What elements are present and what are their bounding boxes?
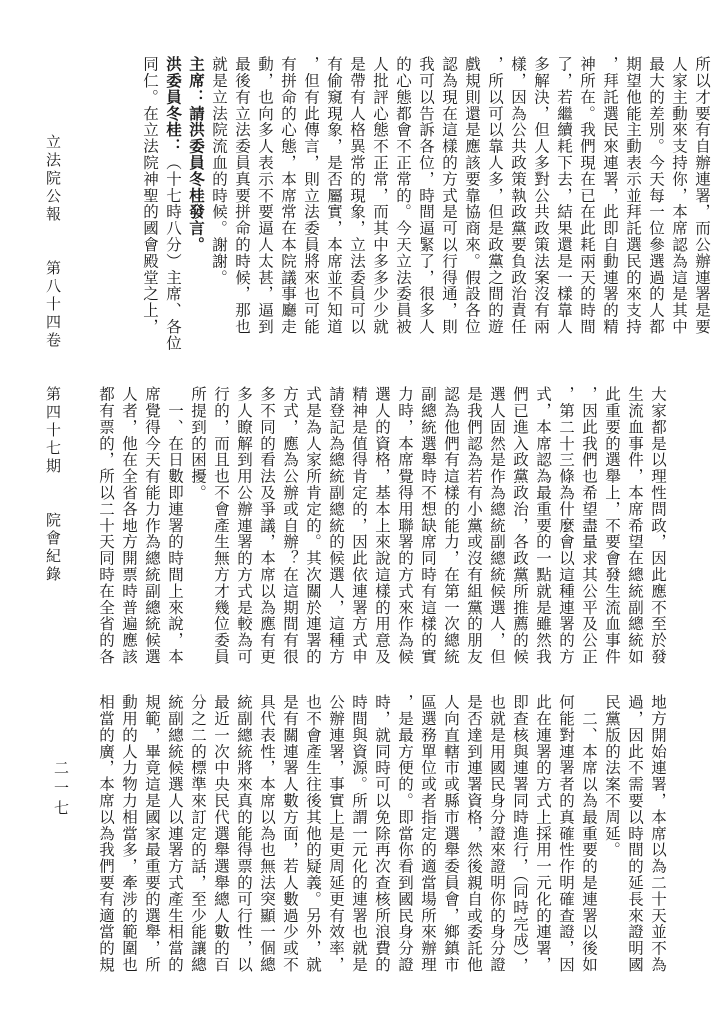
text-column: 一、在日數即連署的時間上來說，本 xyxy=(163,386,186,668)
text-column: 請登記為總統副總統的候選人，這種方 xyxy=(324,386,347,668)
text-column: 動，也向多人表示不要逼人太甚，逼到 xyxy=(253,56,276,354)
text-column: 有偷窺現象，是否屬實，本席並不知道 xyxy=(322,56,345,354)
gazette-page: 所以才要有自辦連署，而公辦連署是要人家主動來支持你，本席認為這是其中最大的差別。… xyxy=(0,0,726,1024)
text-column: 人家主動來支持你，本席認為這是其中 xyxy=(667,56,690,354)
text-column: 人批評心態不正常，而其中多多少少就 xyxy=(368,56,391,354)
text-column: 此重要的選舉上，不要會發生流血事件 xyxy=(600,386,623,668)
spine-title: 立法院公報 第八十四卷 第四十七期 院會紀錄 xyxy=(42,134,63,584)
band-3: 地方開始連署，本席以為二十天並不為過，因此不需要以時間的延長來證明國民黨版的法案… xyxy=(94,694,669,976)
text-column: 精神是值得肯定的，因此依連署方式申 xyxy=(347,386,370,668)
text-column: 多不同的看法及爭議，本席以為應有更 xyxy=(255,386,278,668)
text-column: 動用的人力物力相當多，牽涉的範圍也 xyxy=(117,694,140,976)
text-column: 樣，因為公共政策執政黨要負政治責任 xyxy=(506,56,529,354)
text-column: ，所以可以靠人多，但是政黨之間的遊 xyxy=(483,56,506,354)
text-column: 副總統選舉時不想缺席同時有這樣的實 xyxy=(416,386,439,668)
text-column: 席覺得今天有能力作為總統副總統候選 xyxy=(140,386,163,668)
text-column: 主席：請洪委員冬桂發言。 xyxy=(184,56,207,354)
text-column: 何能對連署者的真確性作明確查證，因 xyxy=(554,694,577,976)
text-column: 具代表性，本席以為也無法突顯一個總 xyxy=(255,694,278,976)
text-column: 所以才要有自辦連署，而公辦連署是要 xyxy=(690,56,713,354)
text-column: 力時，本席覺得用聯署的方式來作為候 xyxy=(393,386,416,668)
band-1: 所以才要有自辦連署，而公辦連署是要人家主動來支持你，本席認為這是其中最大的差別。… xyxy=(138,56,713,354)
text-column: 了，若繼續耗下去，結果還是一樣靠人 xyxy=(552,56,575,354)
text-column: 式，本席認為最重要的一點就是雖然我 xyxy=(531,386,554,668)
text-column: 是否達到連署資格，然後親自或委託他 xyxy=(462,694,485,976)
text-column: 戲規則還是應該要靠協商來。假設各位 xyxy=(460,56,483,354)
text-column: 統副總統候選人以連署方式產生相當的 xyxy=(163,694,186,976)
text-column: 選人固然是作為總統副總統候選人，但 xyxy=(485,386,508,668)
text-column: 時，就同時可以免除再次查核所浪費的 xyxy=(370,694,393,976)
text-column: 生流血事件，本席希望在總統副總統如 xyxy=(623,386,646,668)
text-column: 是有關連署人數方面，若人數過少或不 xyxy=(278,694,301,976)
text-column: 有拼命的心態，本席常在本院議事廳走 xyxy=(276,56,299,354)
text-column: 最後有立法委員真要拼命的時候，那也 xyxy=(230,56,253,354)
text-column: 區選務單位或者指定的適當場所來辦理 xyxy=(416,694,439,976)
text-column: 即查核與連署同時進行，（同時完成）， xyxy=(508,694,531,976)
text-column: 期望他能主動表示並拜託選民的來支持 xyxy=(621,56,644,354)
text-column: ，因此我們也希望盡量求其公平及公正 xyxy=(577,386,600,668)
text-column: 都有票的，所以二十天同時在全省的各 xyxy=(94,386,117,668)
text-column: ，第二十三條為什麼會以這種連署的方 xyxy=(554,386,577,668)
text-column: 也就是用國民身分證來證明你的身分證 xyxy=(485,694,508,976)
text-column: 分之二的標準來訂定的話，至少能讓總 xyxy=(186,694,209,976)
text-column: 最大的差別。今天每一位參選過的人都 xyxy=(644,56,667,354)
text-column: 是帶有人格異常的現象，立法委員可以 xyxy=(345,56,368,354)
text-column: ，但有此傳言，則立法委員將來也可能 xyxy=(299,56,322,354)
text-column: 認為他們有這樣的能力，在第一次總統 xyxy=(439,386,462,668)
text-column: 相當的廣，本席以為我們要有適當的規 xyxy=(94,694,117,976)
text-column: 們已進入政黨政治，各政黨所推薦的候 xyxy=(508,386,531,668)
text-column: 選人的資格，基本上來說這樣的用意及 xyxy=(370,386,393,668)
text-column: ，是最方便的。即當你看到國民身分證 xyxy=(393,694,416,976)
text-column: 也不會產生往後其他的疑義。另外，就 xyxy=(301,694,324,976)
text-column: 就是立法院流血的時候。謝謝。 xyxy=(207,56,230,354)
text-column: 式是為人家所肯定的。其次關於連署的 xyxy=(301,386,324,668)
text-column: 是我們認為若有小黨或沒有組黨的朋友 xyxy=(462,386,485,668)
text-column: 我可以告訴各位，時間逼緊了，很多人 xyxy=(414,56,437,354)
page-number: 二一七 xyxy=(50,760,71,820)
text-column: 規範，畢竟這是國家最重要的選舉，所 xyxy=(140,694,163,976)
text-column: 洪委員冬桂：（十七時八分）主席、各位 xyxy=(161,56,184,354)
text-column: 人者，他在全省各地方開票時普遍應該 xyxy=(117,386,140,668)
text-column: 過，因此不需要以時間的延長來證明國 xyxy=(623,694,646,976)
text-column: ，拜託選民來連署，此即自動連署的精 xyxy=(598,56,621,354)
text-column: 此在連署的方式上採用一元化的連署， xyxy=(531,694,554,976)
text-column: 所提到的困擾。 xyxy=(186,386,209,668)
text-column: 大家都是以理性問政，因此應不至於發 xyxy=(646,386,669,668)
text-column: 方式，應為公辦或自辦？在這期間有很 xyxy=(278,386,301,668)
text-column: 最近一次中央民代選舉選舉總人數的百 xyxy=(209,694,232,976)
text-column: 民黨版的法案不周延。 xyxy=(600,694,623,976)
text-column: 神所在。我們現在已在此耗兩天的時間 xyxy=(575,56,598,354)
band-2: 大家都是以理性問政，因此應不至於發生流血事件，本席希望在總統副總統如此重要的選舉… xyxy=(94,386,669,668)
text-column: 統副總統將來真的能得票的可行性，以 xyxy=(232,694,255,976)
text-column: 多人瞭解到用公辦連署的方式是較為可 xyxy=(232,386,255,668)
text-column: 時間與資源。所謂一元化的連署也就是 xyxy=(347,694,370,976)
text-column: 行的，而且也不會產生無方才幾位委員 xyxy=(209,386,232,668)
text-column: 的心態都會不正常的。今天立法委員被 xyxy=(391,56,414,354)
text-column: 人向直轄市或縣市選舉委員會，鄉鎮市 xyxy=(439,694,462,976)
text-column: 認為現在這樣的方式是可以行得通，則 xyxy=(437,56,460,354)
text-column: 同仁。在立法院神聖的國會殿堂之上， xyxy=(138,56,161,354)
text-column: 地方開始連署，本席以為二十天並不為 xyxy=(646,694,669,976)
text-column: 二、本席以為最重要的是連署以後如 xyxy=(577,694,600,976)
text-column: 多解決，但人多對公共政策法案沒有兩 xyxy=(529,56,552,354)
text-column: 公辦連署，事實上是更周延更有效率， xyxy=(324,694,347,976)
